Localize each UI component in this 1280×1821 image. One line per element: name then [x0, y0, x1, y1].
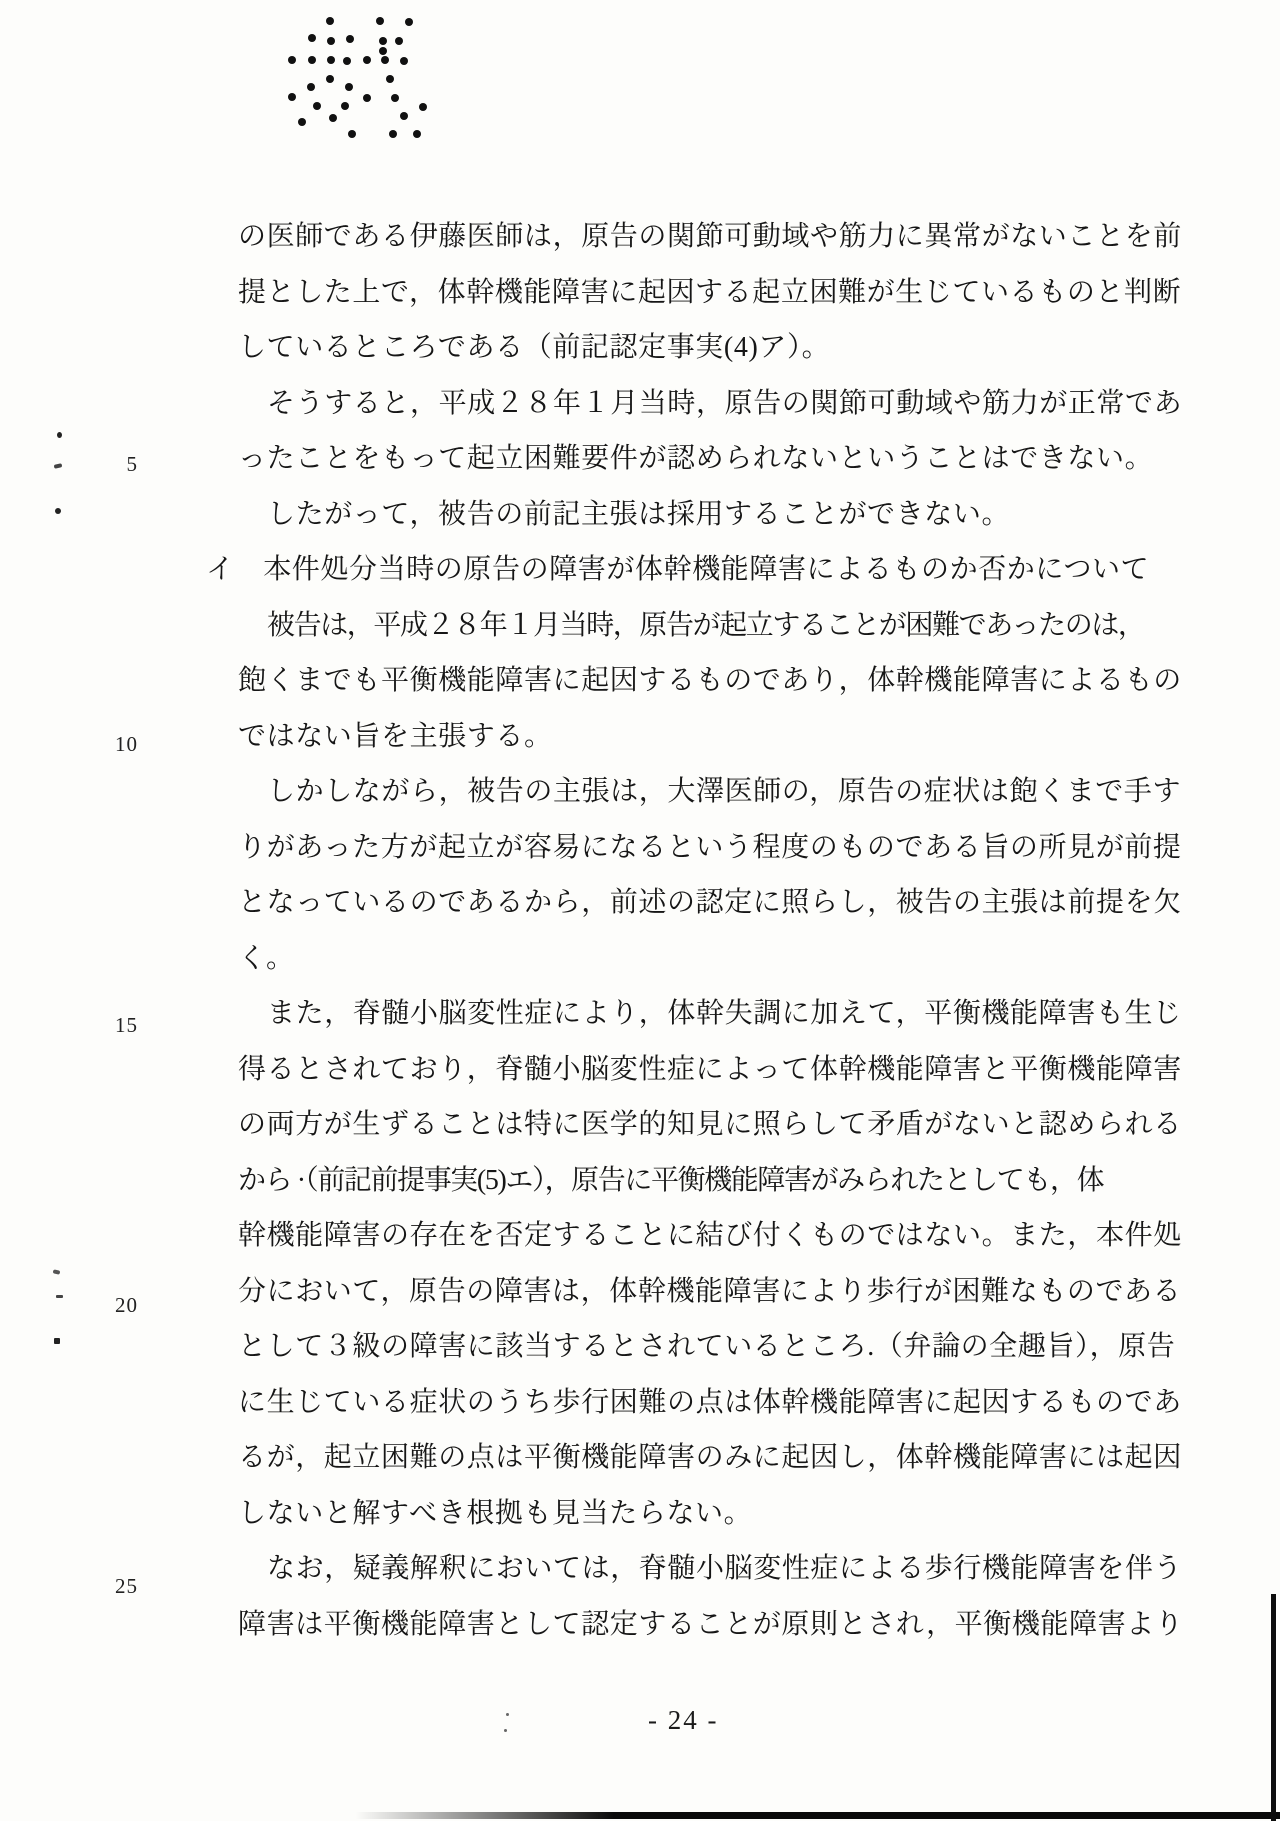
scan-artifact [506, 1713, 509, 1716]
text-line: の医師である伊藤医師は，原告の関節可動域や筋力に異常がないことを前 [238, 209, 1238, 265]
punch-dot [391, 94, 399, 102]
punch-dot [308, 34, 316, 42]
page-number: - 24 - [648, 1705, 718, 1736]
punch-dot [288, 56, 296, 64]
text-line: しないと解すべき根拠も見当たらない。 [238, 1486, 1238, 1542]
text-line: ったことをもって起立困難要件が認められないということはできない。 [238, 431, 1238, 487]
punch-dot [419, 103, 427, 111]
punch-dot [345, 83, 353, 91]
right-scan-edge [1271, 1594, 1276, 1821]
text-line: く。 [238, 931, 1238, 987]
punch-dot [348, 130, 356, 138]
line-number-25: 25 [93, 1574, 138, 1599]
text-line: に生じている症状のうち歩行困難の点は体幹機能障害に起因するものであ [238, 1375, 1238, 1431]
text-line: 障害は平衡機能障害として認定することが原則とされ，平衡機能障害より [238, 1597, 1238, 1653]
punch-dot [363, 94, 371, 102]
text-line: なお，疑義解釈においては，脊髄小脳変性症による歩行機能障害を伴う [238, 1541, 1238, 1597]
punch-dot [288, 93, 296, 101]
line-number-20: 20 [93, 1293, 138, 1318]
scan-artifact [55, 508, 61, 514]
scan-artifact [57, 432, 62, 438]
punch-dot [363, 56, 371, 64]
punch-dot [327, 56, 335, 64]
bottom-scan-edge [355, 1812, 1280, 1819]
scan-artifact [56, 1295, 63, 1298]
text-line: りがあった方が起立が容易になるという程度のものである旨の所見が前提 [238, 820, 1238, 876]
text-line: また，脊髄小脳変性症により，体幹失調に加えて，平衡機能障害も生じ [238, 986, 1238, 1042]
text-line: として３級の障害に該当するとされているところ.（弁論の全趣旨），原告 [238, 1319, 1238, 1375]
punch-dot [376, 17, 384, 25]
punch-dot [379, 37, 387, 45]
text-line: 被告は，平成２８年１月当時，原告が起立することが困難であったのは， [238, 598, 1238, 654]
text-line: しかしながら，被告の主張は，大澤医師の，原告の症状は飽くまで手す [238, 764, 1238, 820]
punch-dot [400, 112, 408, 120]
document-body: の医師である伊藤医師は，原告の関節可動域や筋力に異常がないことを前 提とした上で… [238, 209, 1238, 1652]
text-line: しているところである（前記認定事実(4)ア）。 [238, 320, 1238, 376]
punch-dot [413, 130, 421, 138]
text-line: の両方が生ずることは特に医学的知見に照らして矛盾がないと認められる [238, 1097, 1238, 1153]
punch-dot [346, 35, 354, 43]
text-line: となっているのであるから，前述の認定に照らし，被告の主張は前提を欠 [238, 875, 1238, 931]
text-line: そうすると，平成２８年１月当時，原告の関節可動域や筋力が正常であ [238, 376, 1238, 432]
scan-artifact [54, 463, 63, 469]
text-line: るが，起立困難の点は平衡機能障害のみに起因し，体幹機能障害には起因 [238, 1430, 1238, 1486]
punch-dot [343, 57, 351, 65]
punch-dot [389, 130, 397, 138]
punch-dot [313, 102, 321, 110]
punch-dot [341, 102, 349, 110]
text-line: ではない旨を主張する。 [238, 709, 1238, 765]
text-line: 飽くまでも平衡機能障害に起因するものであり，体幹機能障害によるもの [238, 653, 1238, 709]
text-line: 提とした上で，体幹機能障害に起因する起立困難が生じているものと判断 [238, 265, 1238, 321]
punch-dot [308, 56, 316, 64]
line-number-5: 5 [93, 452, 138, 477]
punch-dot [329, 114, 337, 122]
scan-artifact [53, 1269, 61, 1275]
line-number-15: 15 [93, 1013, 138, 1038]
punch-dot [395, 37, 403, 45]
scan-artifact [504, 1729, 507, 1732]
section-heading-line: イ 本件処分当時の原告の障害が体幹機能障害によるものか否かについて [206, 542, 1238, 598]
punch-dot [405, 18, 413, 26]
text-line: 幹機能障害の存在を否定することに結び付くものではない。また，本件処 [238, 1208, 1238, 1264]
punch-dot [379, 47, 387, 55]
court-document-page: 5 10 15 20 25 の医師である伊藤医師は，原告の関節可動域や筋力に異常… [0, 0, 1280, 1821]
scan-artifact [54, 1338, 60, 1344]
punch-dot [298, 118, 306, 126]
text-line: したがって，被告の前記主張は採用することができない。 [238, 487, 1238, 543]
punch-dot [326, 17, 334, 25]
text-line: 得るとされており，脊髄小脳変性症によって体幹機能障害と平衡機能障害 [238, 1042, 1238, 1098]
punch-dot [386, 75, 394, 83]
text-line: 分において，原告の障害は，体幹機能障害により歩行が困難なものである [238, 1264, 1238, 1320]
punch-dot [400, 57, 408, 65]
punch-dot [327, 37, 335, 45]
text-line: から ·（前記前提事実(5)エ），原告に平衡機能障害がみられたとしても，体 [238, 1153, 1238, 1209]
punch-dot [381, 56, 389, 64]
punch-dot [326, 75, 334, 83]
punch-dot [307, 83, 315, 91]
line-number-10: 10 [93, 732, 138, 757]
